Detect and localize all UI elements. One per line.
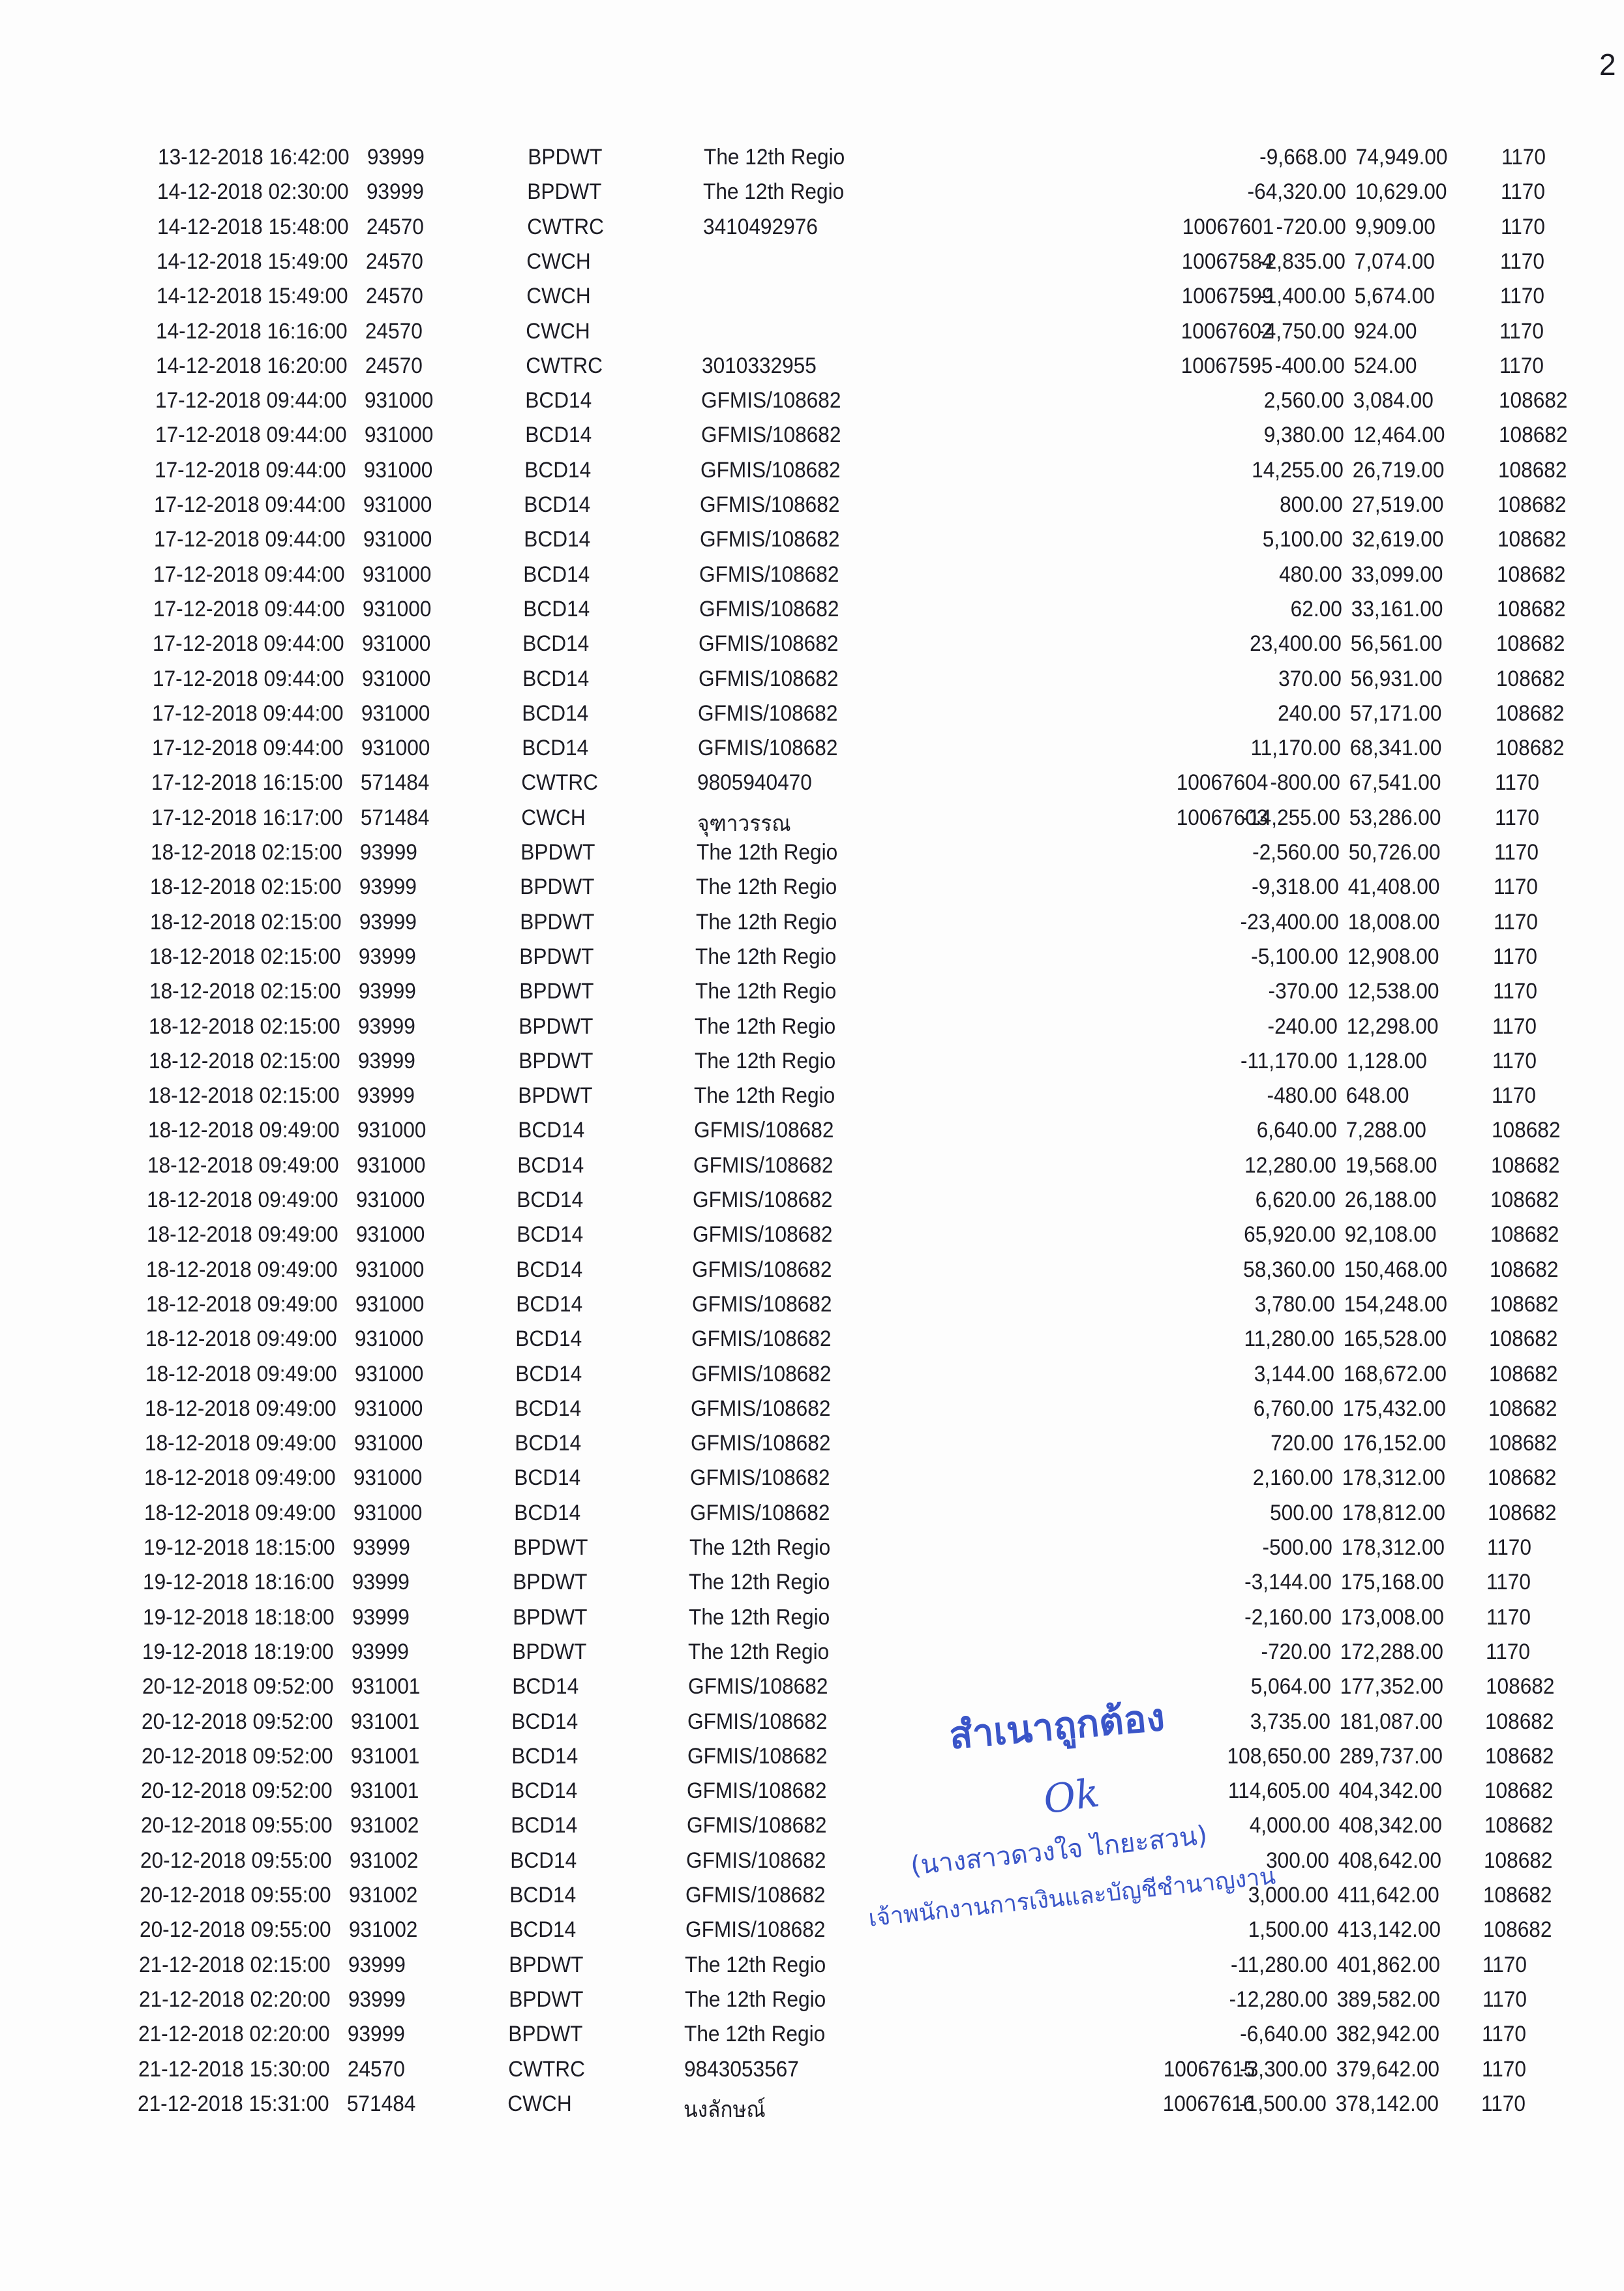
cell-bal: 26,188.00 bbox=[1345, 1188, 1437, 1213]
cell-date: 17-12-2018 09:44:00 bbox=[154, 492, 346, 518]
table-row: 17-12-2018 16:15:00571484CWTRC9805940470… bbox=[151, 770, 1516, 803]
cell-desc: GFMIS/108682 bbox=[687, 1709, 827, 1735]
cell-desc: The 12th Regio bbox=[696, 910, 837, 935]
table-row: 17-12-2018 09:44:00931000BCD14GFMIS/1086… bbox=[155, 423, 1520, 455]
cell-desc: GFMIS/108682 bbox=[698, 701, 837, 726]
cell-acc: 1170 bbox=[1494, 840, 1539, 865]
cell-date: 14-12-2018 16:16:00 bbox=[156, 319, 348, 344]
cell-bal: 401,862.00 bbox=[1337, 1953, 1440, 1978]
cell-type: BCD14 bbox=[515, 1431, 581, 1456]
table-row: 18-12-2018 09:49:00931000BCD14GFMIS/1086… bbox=[145, 1431, 1510, 1463]
table-row: 21-12-2018 15:30:0024570CWTRC98430535671… bbox=[138, 2057, 1503, 2089]
cell-acc: 108682 bbox=[1497, 492, 1567, 518]
cell-amt: 3,144.00 bbox=[1254, 1362, 1334, 1387]
cell-date: 18-12-2018 02:15:00 bbox=[150, 910, 342, 935]
cell-code: 931001 bbox=[352, 1674, 421, 1700]
cell-amt: -400.00 bbox=[1275, 353, 1345, 379]
cell-bal: 12,908.00 bbox=[1347, 944, 1439, 970]
cell-code: 931000 bbox=[353, 1465, 423, 1491]
cell-type: BPDWT bbox=[508, 2022, 582, 2047]
cell-code: 93999 bbox=[359, 875, 417, 900]
cell-amt: 108,650.00 bbox=[1227, 1744, 1331, 1769]
cell-acc: 108682 bbox=[1496, 701, 1565, 726]
cell-bal: 19,568.00 bbox=[1346, 1153, 1437, 1178]
table-row: 18-12-2018 09:49:00931000BCD14GFMIS/1086… bbox=[148, 1118, 1513, 1150]
cell-code: 931000 bbox=[363, 562, 432, 588]
cell-date: 18-12-2018 09:49:00 bbox=[148, 1118, 340, 1143]
cell-type: BPDWT bbox=[520, 875, 594, 900]
cell-desc: GFMIS/108682 bbox=[685, 1917, 825, 1943]
cell-desc: GFMIS/108682 bbox=[692, 1292, 832, 1317]
cell-acc: 108682 bbox=[1485, 1744, 1554, 1769]
cell-bal: 7,288.00 bbox=[1346, 1118, 1426, 1143]
cell-amt: 5,064.00 bbox=[1251, 1674, 1331, 1700]
cell-amt: 2,160.00 bbox=[1253, 1465, 1333, 1491]
cell-code: 931000 bbox=[354, 1431, 423, 1456]
cell-code: 93999 bbox=[352, 1640, 409, 1665]
cell-amt: -720.00 bbox=[1276, 215, 1346, 240]
cell-type: BCD14 bbox=[517, 1222, 583, 1248]
cell-bal: 27,519.00 bbox=[1352, 492, 1444, 518]
cell-amt: 65,920.00 bbox=[1244, 1222, 1336, 1248]
cell-type: BCD14 bbox=[514, 1501, 580, 1526]
cell-amt: -1,500.00 bbox=[1239, 2091, 1327, 2117]
cell-code: 24570 bbox=[348, 2057, 405, 2082]
cell-acc: 1170 bbox=[1501, 215, 1545, 240]
cell-ref: 10067601 bbox=[1182, 215, 1274, 240]
cell-acc: 1170 bbox=[1487, 1535, 1531, 1561]
cell-type: BCD14 bbox=[511, 1813, 577, 1838]
cell-code: 931002 bbox=[349, 1917, 418, 1943]
cell-type: BCD14 bbox=[509, 1883, 576, 1908]
cell-acc: 108682 bbox=[1491, 1153, 1560, 1178]
cell-desc: GFMIS/108682 bbox=[686, 1848, 826, 1874]
cell-bal: 408,342.00 bbox=[1339, 1813, 1442, 1838]
cell-date: 17-12-2018 09:44:00 bbox=[152, 701, 344, 726]
cell-desc: GFMIS/108682 bbox=[700, 527, 839, 552]
cell-bal: 176,152.00 bbox=[1343, 1431, 1446, 1456]
cell-date: 18-12-2018 09:49:00 bbox=[144, 1465, 336, 1491]
cell-acc: 108682 bbox=[1484, 1848, 1553, 1874]
cell-amt: -6,640.00 bbox=[1240, 2022, 1327, 2047]
cell-acc: 1170 bbox=[1492, 1083, 1536, 1109]
cell-bal: 389,582.00 bbox=[1337, 1987, 1440, 2013]
cell-date: 18-12-2018 02:15:00 bbox=[150, 875, 342, 900]
cell-amt: 6,640.00 bbox=[1257, 1118, 1337, 1143]
table-row: 13-12-2018 16:42:0093999BPDWTThe 12th Re… bbox=[158, 145, 1523, 177]
cell-code: 571484 bbox=[361, 770, 430, 796]
cell-acc: 1170 bbox=[1494, 875, 1538, 900]
cell-date: 18-12-2018 09:49:00 bbox=[147, 1222, 338, 1248]
cell-acc: 1170 bbox=[1495, 770, 1539, 796]
cell-desc: GFMIS/108682 bbox=[701, 388, 841, 413]
cell-amt: -480.00 bbox=[1267, 1083, 1337, 1109]
cell-type: BPDWT bbox=[520, 840, 595, 865]
cell-desc: GFMIS/108682 bbox=[699, 666, 838, 692]
cell-code: 931002 bbox=[350, 1813, 419, 1838]
cell-bal: 178,312.00 bbox=[1342, 1535, 1445, 1561]
cell-date: 19-12-2018 18:18:00 bbox=[143, 1605, 335, 1630]
cell-date: 18-12-2018 02:15:00 bbox=[149, 1014, 340, 1040]
cell-desc: The 12th Regio bbox=[685, 1953, 826, 1978]
cell-date: 20-12-2018 09:52:00 bbox=[142, 1744, 333, 1769]
cell-bal: 177,352.00 bbox=[1340, 1674, 1443, 1700]
cell-acc: 108682 bbox=[1489, 1362, 1558, 1387]
cell-desc: The 12th Regio bbox=[689, 1570, 830, 1595]
table-row: 18-12-2018 09:49:00931000BCD14GFMIS/1086… bbox=[145, 1362, 1511, 1394]
cell-code: 931000 bbox=[357, 1153, 426, 1178]
cell-type: BCD14 bbox=[514, 1465, 580, 1491]
cell-date: 17-12-2018 09:44:00 bbox=[153, 597, 345, 622]
cell-acc: 1170 bbox=[1494, 910, 1538, 935]
cell-desc: GFMIS/108682 bbox=[700, 458, 840, 483]
cell-desc: The 12th Regio bbox=[685, 1987, 826, 2013]
cell-type: BCD14 bbox=[522, 736, 588, 761]
cell-bal: 181,087.00 bbox=[1340, 1709, 1443, 1735]
cell-amt: 62.00 bbox=[1291, 597, 1342, 622]
cell-ref: 10067595 bbox=[1181, 353, 1273, 379]
cell-bal: 382,942.00 bbox=[1336, 2022, 1439, 2047]
cell-code: 931000 bbox=[365, 423, 434, 448]
table-row: 17-12-2018 09:44:00931000BCD14GFMIS/1086… bbox=[154, 492, 1519, 525]
cell-acc: 108682 bbox=[1490, 1188, 1559, 1213]
cell-desc: GFMIS/108682 bbox=[691, 1431, 830, 1456]
cell-desc: The 12th Regio bbox=[695, 1049, 835, 1074]
table-row: 18-12-2018 09:49:00931000BCD14GFMIS/1086… bbox=[145, 1396, 1510, 1429]
cell-code: 93999 bbox=[348, 2022, 405, 2047]
cell-type: CWTRC bbox=[527, 215, 604, 240]
cell-date: 18-12-2018 09:49:00 bbox=[147, 1188, 338, 1213]
table-row: 19-12-2018 18:18:0093999BPDWTThe 12th Re… bbox=[143, 1605, 1508, 1638]
cell-desc: จุฑาวรรณ bbox=[697, 805, 791, 841]
table-row: 18-12-2018 02:15:0093999BPDWTThe 12th Re… bbox=[150, 910, 1515, 942]
cell-bal: 924.00 bbox=[1354, 319, 1417, 344]
cell-acc: 108682 bbox=[1488, 1501, 1557, 1526]
cell-amt: -500.00 bbox=[1263, 1535, 1332, 1561]
table-row: 19-12-2018 18:15:0093999BPDWTThe 12th Re… bbox=[143, 1535, 1509, 1568]
table-row: 18-12-2018 09:49:00931000BCD14GFMIS/1086… bbox=[144, 1465, 1509, 1498]
cell-acc: 108682 bbox=[1498, 458, 1567, 483]
cell-code: 931000 bbox=[355, 1362, 424, 1387]
cell-bal: 9,909.00 bbox=[1355, 215, 1436, 240]
cell-date: 18-12-2018 09:49:00 bbox=[144, 1501, 336, 1526]
table-row: 20-12-2018 09:52:00931001BCD14GFMIS/1086… bbox=[142, 1709, 1507, 1742]
table-row: 21-12-2018 02:15:0093999BPDWTThe 12th Re… bbox=[139, 1953, 1504, 1985]
cell-amt: -5,100.00 bbox=[1251, 944, 1338, 970]
cell-date: 17-12-2018 09:44:00 bbox=[152, 736, 344, 761]
table-row: 20-12-2018 09:52:00931001BCD14GFMIS/1086… bbox=[141, 1778, 1506, 1811]
table-row: 14-12-2018 02:30:0093999BPDWTThe 12th Re… bbox=[157, 179, 1522, 212]
cell-amt: 370.00 bbox=[1278, 666, 1342, 692]
cell-date: 18-12-2018 09:49:00 bbox=[145, 1431, 337, 1456]
cell-amt: 3,780.00 bbox=[1255, 1292, 1335, 1317]
table-row: 17-12-2018 09:44:00931000BCD14GFMIS/1086… bbox=[154, 527, 1519, 560]
cell-acc: 1170 bbox=[1499, 319, 1544, 344]
table-row: 21-12-2018 15:31:00571484CWCHนงลักษณ์100… bbox=[138, 2091, 1503, 2124]
cell-type: BCD14 bbox=[516, 1292, 582, 1317]
cell-date: 14-12-2018 15:49:00 bbox=[157, 249, 348, 275]
cell-code: 93999 bbox=[357, 1083, 415, 1109]
cell-code: 931001 bbox=[351, 1744, 420, 1769]
cell-date: 18-12-2018 09:49:00 bbox=[145, 1326, 337, 1352]
cell-acc: 108682 bbox=[1488, 1431, 1557, 1456]
table-row: 17-12-2018 09:44:00931000BCD14GFMIS/1086… bbox=[155, 388, 1520, 421]
table-row: 17-12-2018 09:44:00931000BCD14GFMIS/1086… bbox=[152, 701, 1517, 734]
cell-amt: -64,320.00 bbox=[1248, 179, 1346, 205]
cell-bal: 175,432.00 bbox=[1343, 1396, 1446, 1422]
cell-acc: 108682 bbox=[1483, 1917, 1552, 1943]
cell-type: CWCH bbox=[521, 805, 585, 831]
cell-date: 17-12-2018 09:44:00 bbox=[154, 527, 346, 552]
cell-bal: 32,619.00 bbox=[1352, 527, 1444, 552]
cell-desc: GFMIS/108682 bbox=[690, 1501, 830, 1526]
table-row: 17-12-2018 09:44:00931000BCD14GFMIS/1086… bbox=[155, 458, 1520, 490]
cell-bal: 12,464.00 bbox=[1353, 423, 1445, 448]
cell-bal: 408,642.00 bbox=[1338, 1848, 1441, 1874]
cell-amt: 2,560.00 bbox=[1264, 388, 1344, 413]
cell-bal: 67,541.00 bbox=[1349, 770, 1441, 796]
cell-bal: 168,672.00 bbox=[1344, 1362, 1447, 1387]
cell-type: CWCH bbox=[507, 2091, 571, 2117]
cell-code: 93999 bbox=[359, 979, 416, 1004]
cell-bal: 411,642.00 bbox=[1338, 1883, 1439, 1908]
cell-code: 931000 bbox=[363, 492, 432, 518]
cell-amt: 3,735.00 bbox=[1250, 1709, 1331, 1735]
cell-acc: 1170 bbox=[1495, 805, 1539, 831]
cell-desc: The 12th Regio bbox=[684, 2022, 825, 2047]
cell-amt: -720.00 bbox=[1261, 1640, 1331, 1665]
cell-acc: 108682 bbox=[1496, 631, 1565, 657]
cell-date: 20-12-2018 09:52:00 bbox=[142, 1674, 334, 1700]
cell-amt: -23,400.00 bbox=[1241, 910, 1339, 935]
table-row: 18-12-2018 09:49:00931000BCD14GFMIS/1086… bbox=[146, 1292, 1511, 1325]
table-row: 20-12-2018 09:55:00931002BCD14GFMIS/1086… bbox=[140, 1848, 1505, 1881]
cell-date: 21-12-2018 15:31:00 bbox=[138, 2091, 329, 2117]
cell-type: CWCH bbox=[526, 284, 590, 309]
cell-amt: -800.00 bbox=[1271, 770, 1340, 796]
cell-date: 18-12-2018 09:49:00 bbox=[146, 1292, 338, 1317]
cell-acc: 108682 bbox=[1499, 388, 1568, 413]
cell-type: BCD14 bbox=[517, 1153, 584, 1178]
cell-amt: -2,835.00 bbox=[1258, 249, 1346, 275]
cell-bal: 33,161.00 bbox=[1351, 597, 1443, 622]
cell-acc: 108682 bbox=[1489, 1326, 1558, 1352]
cell-type: BCD14 bbox=[509, 1917, 576, 1943]
cell-acc: 1170 bbox=[1493, 944, 1537, 970]
table-row: 18-12-2018 02:15:0093999BPDWTThe 12th Re… bbox=[148, 1083, 1513, 1116]
table-row: 18-12-2018 02:15:0093999BPDWTThe 12th Re… bbox=[150, 875, 1515, 907]
cell-bal: 648.00 bbox=[1346, 1083, 1409, 1109]
cell-bal: 7,074.00 bbox=[1355, 249, 1435, 275]
cell-type: BCD14 bbox=[518, 1118, 584, 1143]
cell-type: BPDWT bbox=[513, 1605, 587, 1630]
cell-type: BPDWT bbox=[513, 1570, 587, 1595]
cell-type: BCD14 bbox=[511, 1778, 577, 1804]
cell-type: BCD14 bbox=[522, 631, 589, 657]
table-row: 14-12-2018 15:48:0024570CWTRC34104929761… bbox=[157, 215, 1522, 247]
cell-type: BCD14 bbox=[515, 1326, 582, 1352]
cell-desc: GFMIS/108682 bbox=[693, 1188, 832, 1213]
cell-desc: GFMIS/108682 bbox=[693, 1153, 833, 1178]
cell-amt: -11,170.00 bbox=[1241, 1049, 1338, 1074]
cell-acc: 108682 bbox=[1492, 1118, 1561, 1143]
cell-code: 93999 bbox=[359, 910, 417, 935]
cell-desc: GFMIS/108682 bbox=[690, 1465, 830, 1491]
cell-date: 17-12-2018 16:17:00 bbox=[151, 805, 343, 831]
cell-code: 93999 bbox=[352, 1570, 410, 1595]
cell-bal: 12,298.00 bbox=[1347, 1014, 1439, 1040]
cell-type: BCD14 bbox=[516, 1257, 582, 1283]
cell-code: 93999 bbox=[348, 1953, 406, 1978]
cell-amt: 1,500.00 bbox=[1248, 1917, 1329, 1943]
cell-code: 93999 bbox=[359, 944, 416, 970]
cell-type: BCD14 bbox=[512, 1674, 579, 1700]
cell-type: CWTRC bbox=[508, 2057, 585, 2082]
cell-bal: 3,084.00 bbox=[1353, 388, 1434, 413]
table-row: 14-12-2018 16:20:0024570CWTRC30103329551… bbox=[156, 353, 1521, 386]
page-number: 2 bbox=[1599, 47, 1616, 82]
cell-bal: 33,099.00 bbox=[1351, 562, 1443, 588]
cell-amt: -370.00 bbox=[1269, 979, 1338, 1004]
cell-amt: 4,000.00 bbox=[1250, 1813, 1330, 1838]
cell-desc: GFMIS/108682 bbox=[699, 562, 839, 588]
cell-desc: GFMIS/108682 bbox=[691, 1396, 830, 1422]
cell-acc: 1170 bbox=[1482, 2022, 1526, 2047]
cell-acc: 108682 bbox=[1484, 1813, 1554, 1838]
cell-amt: -12,280.00 bbox=[1229, 1987, 1328, 2013]
cell-desc: The 12th Regio bbox=[695, 944, 836, 970]
cell-amt: -14,255.00 bbox=[1242, 805, 1340, 831]
table-row: 18-12-2018 02:15:0093999BPDWTThe 12th Re… bbox=[149, 944, 1514, 977]
cell-desc: GFMIS/108682 bbox=[687, 1813, 826, 1838]
cell-date: 21-12-2018 02:20:00 bbox=[138, 2022, 330, 2047]
table-row: 14-12-2018 16:16:0024570CWCH10067602-4,7… bbox=[156, 319, 1521, 352]
cell-bal: 68,341.00 bbox=[1350, 736, 1442, 761]
table-row: 21-12-2018 02:20:0093999BPDWTThe 12th Re… bbox=[138, 2022, 1503, 2054]
cell-code: 93999 bbox=[358, 1049, 415, 1074]
cell-type: BPDWT bbox=[513, 1535, 588, 1561]
cell-acc: 1170 bbox=[1501, 145, 1546, 170]
cell-code: 931002 bbox=[350, 1848, 419, 1874]
cell-ref: 10067604 bbox=[1177, 770, 1269, 796]
table-row: 20-12-2018 09:52:00931001BCD14GFMIS/1086… bbox=[142, 1674, 1507, 1707]
cell-acc: 108682 bbox=[1483, 1883, 1552, 1908]
cell-acc: 1170 bbox=[1492, 1014, 1537, 1040]
cell-code: 931000 bbox=[364, 458, 433, 483]
signature: Ok bbox=[1041, 1770, 1102, 1823]
table-row: 14-12-2018 15:49:0024570CWCH10067584-2,8… bbox=[157, 249, 1522, 282]
cell-bal: 178,312.00 bbox=[1342, 1465, 1445, 1491]
table-row: 18-12-2018 02:15:0093999BPDWTThe 12th Re… bbox=[149, 1014, 1514, 1047]
cell-amt: -2,560.00 bbox=[1252, 840, 1340, 865]
cell-bal: 378,142.00 bbox=[1336, 2091, 1439, 2117]
table-row: 18-12-2018 02:15:0093999BPDWTThe 12th Re… bbox=[149, 979, 1514, 1011]
cell-amt: 58,360.00 bbox=[1243, 1257, 1335, 1283]
cell-amt: 300.00 bbox=[1266, 1848, 1329, 1874]
cell-type: BCD14 bbox=[524, 458, 591, 483]
cell-date: 18-12-2018 09:49:00 bbox=[145, 1396, 337, 1422]
cell-code: 24570 bbox=[367, 215, 424, 240]
table-row: 18-12-2018 02:15:0093999BPDWTThe 12th Re… bbox=[151, 840, 1516, 873]
cell-date: 17-12-2018 09:44:00 bbox=[153, 631, 344, 657]
cell-acc: 1170 bbox=[1482, 1953, 1527, 1978]
cell-code: 93999 bbox=[360, 840, 417, 865]
cell-bal: 56,561.00 bbox=[1351, 631, 1443, 657]
cell-bal: 172,288.00 bbox=[1340, 1640, 1443, 1665]
cell-desc: The 12th Regio bbox=[703, 179, 844, 205]
cell-acc: 108682 bbox=[1496, 666, 1565, 692]
cell-bal: 173,008.00 bbox=[1341, 1605, 1444, 1630]
cell-acc: 108682 bbox=[1486, 1674, 1555, 1700]
cell-desc: GFMIS/108682 bbox=[692, 1257, 832, 1283]
cell-amt: 720.00 bbox=[1271, 1431, 1334, 1456]
cell-bal: 289,737.00 bbox=[1340, 1744, 1443, 1769]
cell-type: BCD14 bbox=[511, 1709, 578, 1735]
table-row: 18-12-2018 02:15:0093999BPDWTThe 12th Re… bbox=[149, 1049, 1514, 1081]
cell-amt: -240.00 bbox=[1268, 1014, 1338, 1040]
cell-desc: 3410492976 bbox=[703, 215, 818, 240]
cell-amt: 240.00 bbox=[1278, 701, 1341, 726]
cell-amt: 9,380.00 bbox=[1264, 423, 1344, 448]
cell-date: 20-12-2018 09:55:00 bbox=[140, 1883, 331, 1908]
cell-acc: 1170 bbox=[1486, 1570, 1531, 1595]
cell-desc: The 12th Regio bbox=[704, 145, 845, 170]
cell-desc: The 12th Regio bbox=[696, 875, 837, 900]
cell-acc: 1170 bbox=[1486, 1605, 1531, 1630]
cell-code: 931002 bbox=[349, 1883, 418, 1908]
cell-amt: 6,760.00 bbox=[1254, 1396, 1334, 1422]
cell-bal: 92,108.00 bbox=[1345, 1222, 1437, 1248]
cell-date: 18-12-2018 02:15:00 bbox=[149, 944, 341, 970]
cell-date: 14-12-2018 16:20:00 bbox=[156, 353, 348, 379]
cell-amt: 11,280.00 bbox=[1244, 1326, 1334, 1352]
cell-acc: 108682 bbox=[1490, 1292, 1559, 1317]
cell-amt: 23,400.00 bbox=[1250, 631, 1342, 657]
cell-desc: The 12th Regio bbox=[689, 1605, 830, 1630]
cell-bal: 5,674.00 bbox=[1355, 284, 1435, 309]
cell-date: 21-12-2018 15:30:00 bbox=[138, 2057, 330, 2082]
cell-desc: GFMIS/108682 bbox=[691, 1326, 831, 1352]
cell-type: BPDWT bbox=[519, 1014, 593, 1040]
cell-bal: 53,286.00 bbox=[1349, 805, 1441, 831]
cell-bal: 404,342.00 bbox=[1339, 1778, 1442, 1804]
cell-code: 931000 bbox=[356, 1188, 425, 1213]
cell-type: BCD14 bbox=[515, 1396, 581, 1422]
cell-bal: 524.00 bbox=[1354, 353, 1417, 379]
cell-desc: 9805940470 bbox=[697, 770, 812, 796]
cell-date: 17-12-2018 09:44:00 bbox=[155, 423, 347, 448]
cell-code: 24570 bbox=[365, 353, 423, 379]
cell-desc: 3010332955 bbox=[702, 353, 817, 379]
cell-date: 20-12-2018 09:52:00 bbox=[141, 1778, 333, 1804]
cell-code: 93999 bbox=[367, 145, 425, 170]
table-row: 19-12-2018 18:16:0093999BPDWTThe 12th Re… bbox=[143, 1570, 1508, 1602]
cell-code: 93999 bbox=[348, 1987, 406, 2013]
cell-date: 19-12-2018 18:19:00 bbox=[142, 1640, 334, 1665]
cell-date: 18-12-2018 09:49:00 bbox=[147, 1153, 339, 1178]
cell-desc: GFMIS/108682 bbox=[694, 1118, 834, 1143]
cell-type: BCD14 bbox=[524, 527, 590, 552]
table-row: 17-12-2018 16:17:00571484CWCHจุฑาวรรณ100… bbox=[151, 805, 1516, 838]
cell-desc: GFMIS/108682 bbox=[685, 1883, 825, 1908]
cell-bal: 154,248.00 bbox=[1344, 1292, 1447, 1317]
cell-date: 20-12-2018 09:55:00 bbox=[141, 1813, 333, 1838]
cell-acc: 108682 bbox=[1484, 1778, 1554, 1804]
cell-desc: 9843053567 bbox=[684, 2057, 799, 2082]
cell-desc: The 12th Regio bbox=[688, 1640, 829, 1665]
cell-type: BPDWT bbox=[509, 1987, 583, 2013]
cell-acc: 1170 bbox=[1482, 1987, 1527, 2013]
